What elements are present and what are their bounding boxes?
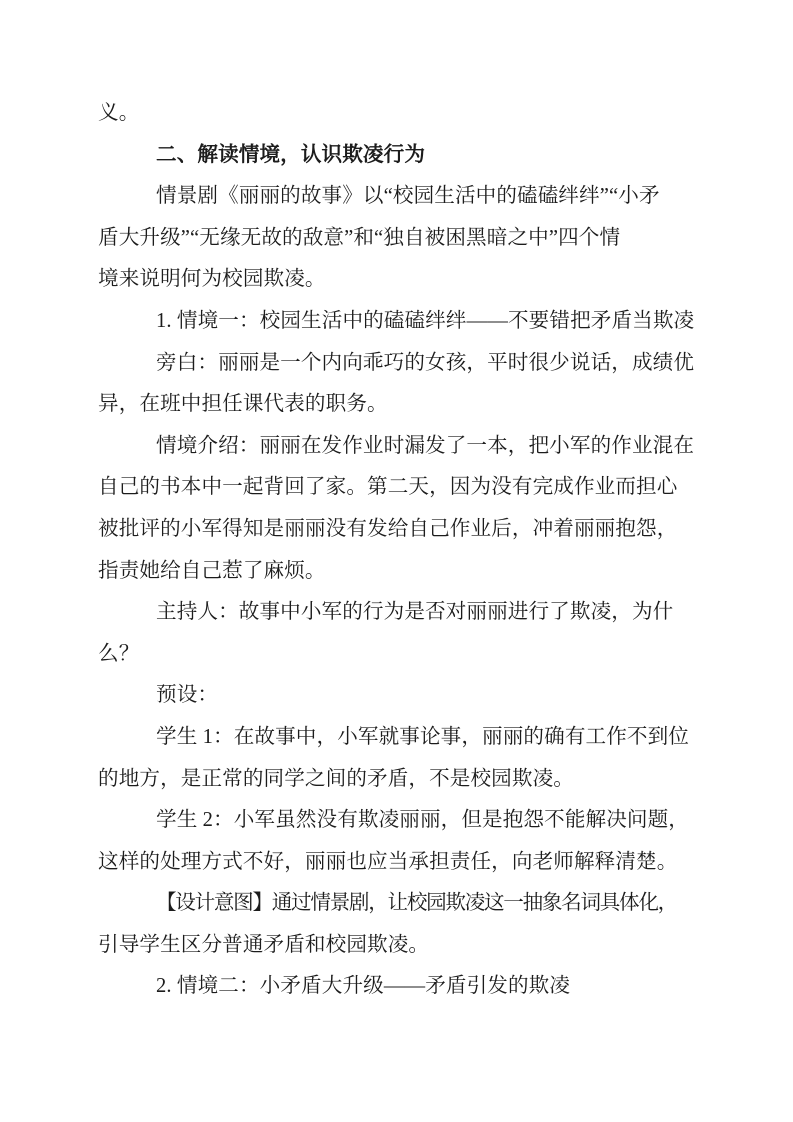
text-line: 自己的书本中一起背回了家。第二天，因为没有完成作业而担心: [98, 467, 684, 509]
text-line: 义。: [98, 93, 684, 135]
paragraph: 情景剧《丽丽的故事》以“校园生活中的磕磕绊绊”“小矛 盾大升级”“无缘无故的敌意…: [98, 176, 684, 301]
text-line: 【设计意图】通过情景剧，让校园欺凌这一抽象名词具体化，: [98, 883, 684, 925]
document-page: 义。 二、解读情境，认识欺凌行为 情景剧《丽丽的故事》以“校园生活中的磕磕绊绊”…: [0, 0, 793, 1122]
text-line: 的地方，是正常的同学之间的矛盾，不是校园欺凌。: [98, 759, 684, 801]
text-line: 主持人：故事中小军的行为是否对丽丽进行了欺凌，为什: [98, 592, 684, 634]
text-line: 学生 2：小军虽然没有欺凌丽丽，但是抱怨不能解决问题，: [98, 800, 684, 842]
text-line: 2. 情境二：小矛盾大升级——矛盾引发的欺凌: [98, 966, 684, 1008]
text-line: 么？: [98, 634, 684, 676]
text-line: 这样的处理方式不好，丽丽也应当承担责任，向老师解释清楚。: [98, 842, 684, 884]
text-line: 引导学生区分普通矛盾和校园欺凌。: [98, 925, 684, 967]
paragraph: 预设：: [98, 675, 684, 717]
text-line: 境来说明何为校园欺凌。: [98, 259, 684, 301]
paragraph-continuation: 义。: [98, 93, 684, 135]
paragraph: 学生 2：小军虽然没有欺凌丽丽，但是抱怨不能解决问题， 这样的处理方式不好，丽丽…: [98, 800, 684, 883]
paragraph: 学生 1：在故事中，小军就事论事，丽丽的确有工作不到位 的地方，是正常的同学之间…: [98, 717, 684, 800]
document-body: 义。 二、解读情境，认识欺凌行为 情景剧《丽丽的故事》以“校园生活中的磕磕绊绊”…: [98, 93, 684, 1008]
text-line: 情景剧《丽丽的故事》以“校园生活中的磕磕绊绊”“小矛: [98, 176, 684, 218]
text-line: 预设：: [98, 675, 684, 717]
text-line: 异，在班中担任课代表的职务。: [98, 384, 684, 426]
section-heading: 二、解读情境，认识欺凌行为: [98, 135, 684, 177]
text-line: 情境介绍：丽丽在发作业时漏发了一本，把小军的作业混在: [98, 426, 684, 468]
heading-line: 二、解读情境，认识欺凌行为: [98, 135, 684, 177]
paragraph: 旁白：丽丽是一个内向乖巧的女孩，平时很少说话，成绩优 异，在班中担任课代表的职务…: [98, 343, 684, 426]
text-line: 被批评的小军得知是丽丽没有发给自己作业后，冲着丽丽抱怨，: [98, 509, 684, 551]
paragraph: 情境介绍：丽丽在发作业时漏发了一本，把小军的作业混在 自己的书本中一起背回了家。…: [98, 426, 684, 592]
paragraph: 2. 情境二：小矛盾大升级——矛盾引发的欺凌: [98, 966, 684, 1008]
text-line: 旁白：丽丽是一个内向乖巧的女孩，平时很少说话，成绩优: [98, 343, 684, 385]
text-line: 指责她给自己惹了麻烦。: [98, 551, 684, 593]
text-line: 1. 情境一：校园生活中的磕磕绊绊——不要错把矛盾当欺凌: [98, 301, 684, 343]
text-line: 学生 1：在故事中，小军就事论事，丽丽的确有工作不到位: [98, 717, 684, 759]
paragraph: 【设计意图】通过情景剧，让校园欺凌这一抽象名词具体化， 引导学生区分普通矛盾和校…: [98, 883, 684, 966]
paragraph: 1. 情境一：校园生活中的磕磕绊绊——不要错把矛盾当欺凌: [98, 301, 684, 343]
paragraph: 主持人：故事中小军的行为是否对丽丽进行了欺凌，为什 么？: [98, 592, 684, 675]
text-line: 盾大升级”“无缘无故的敌意”和“独自被困黑暗之中”四个情: [98, 218, 684, 260]
